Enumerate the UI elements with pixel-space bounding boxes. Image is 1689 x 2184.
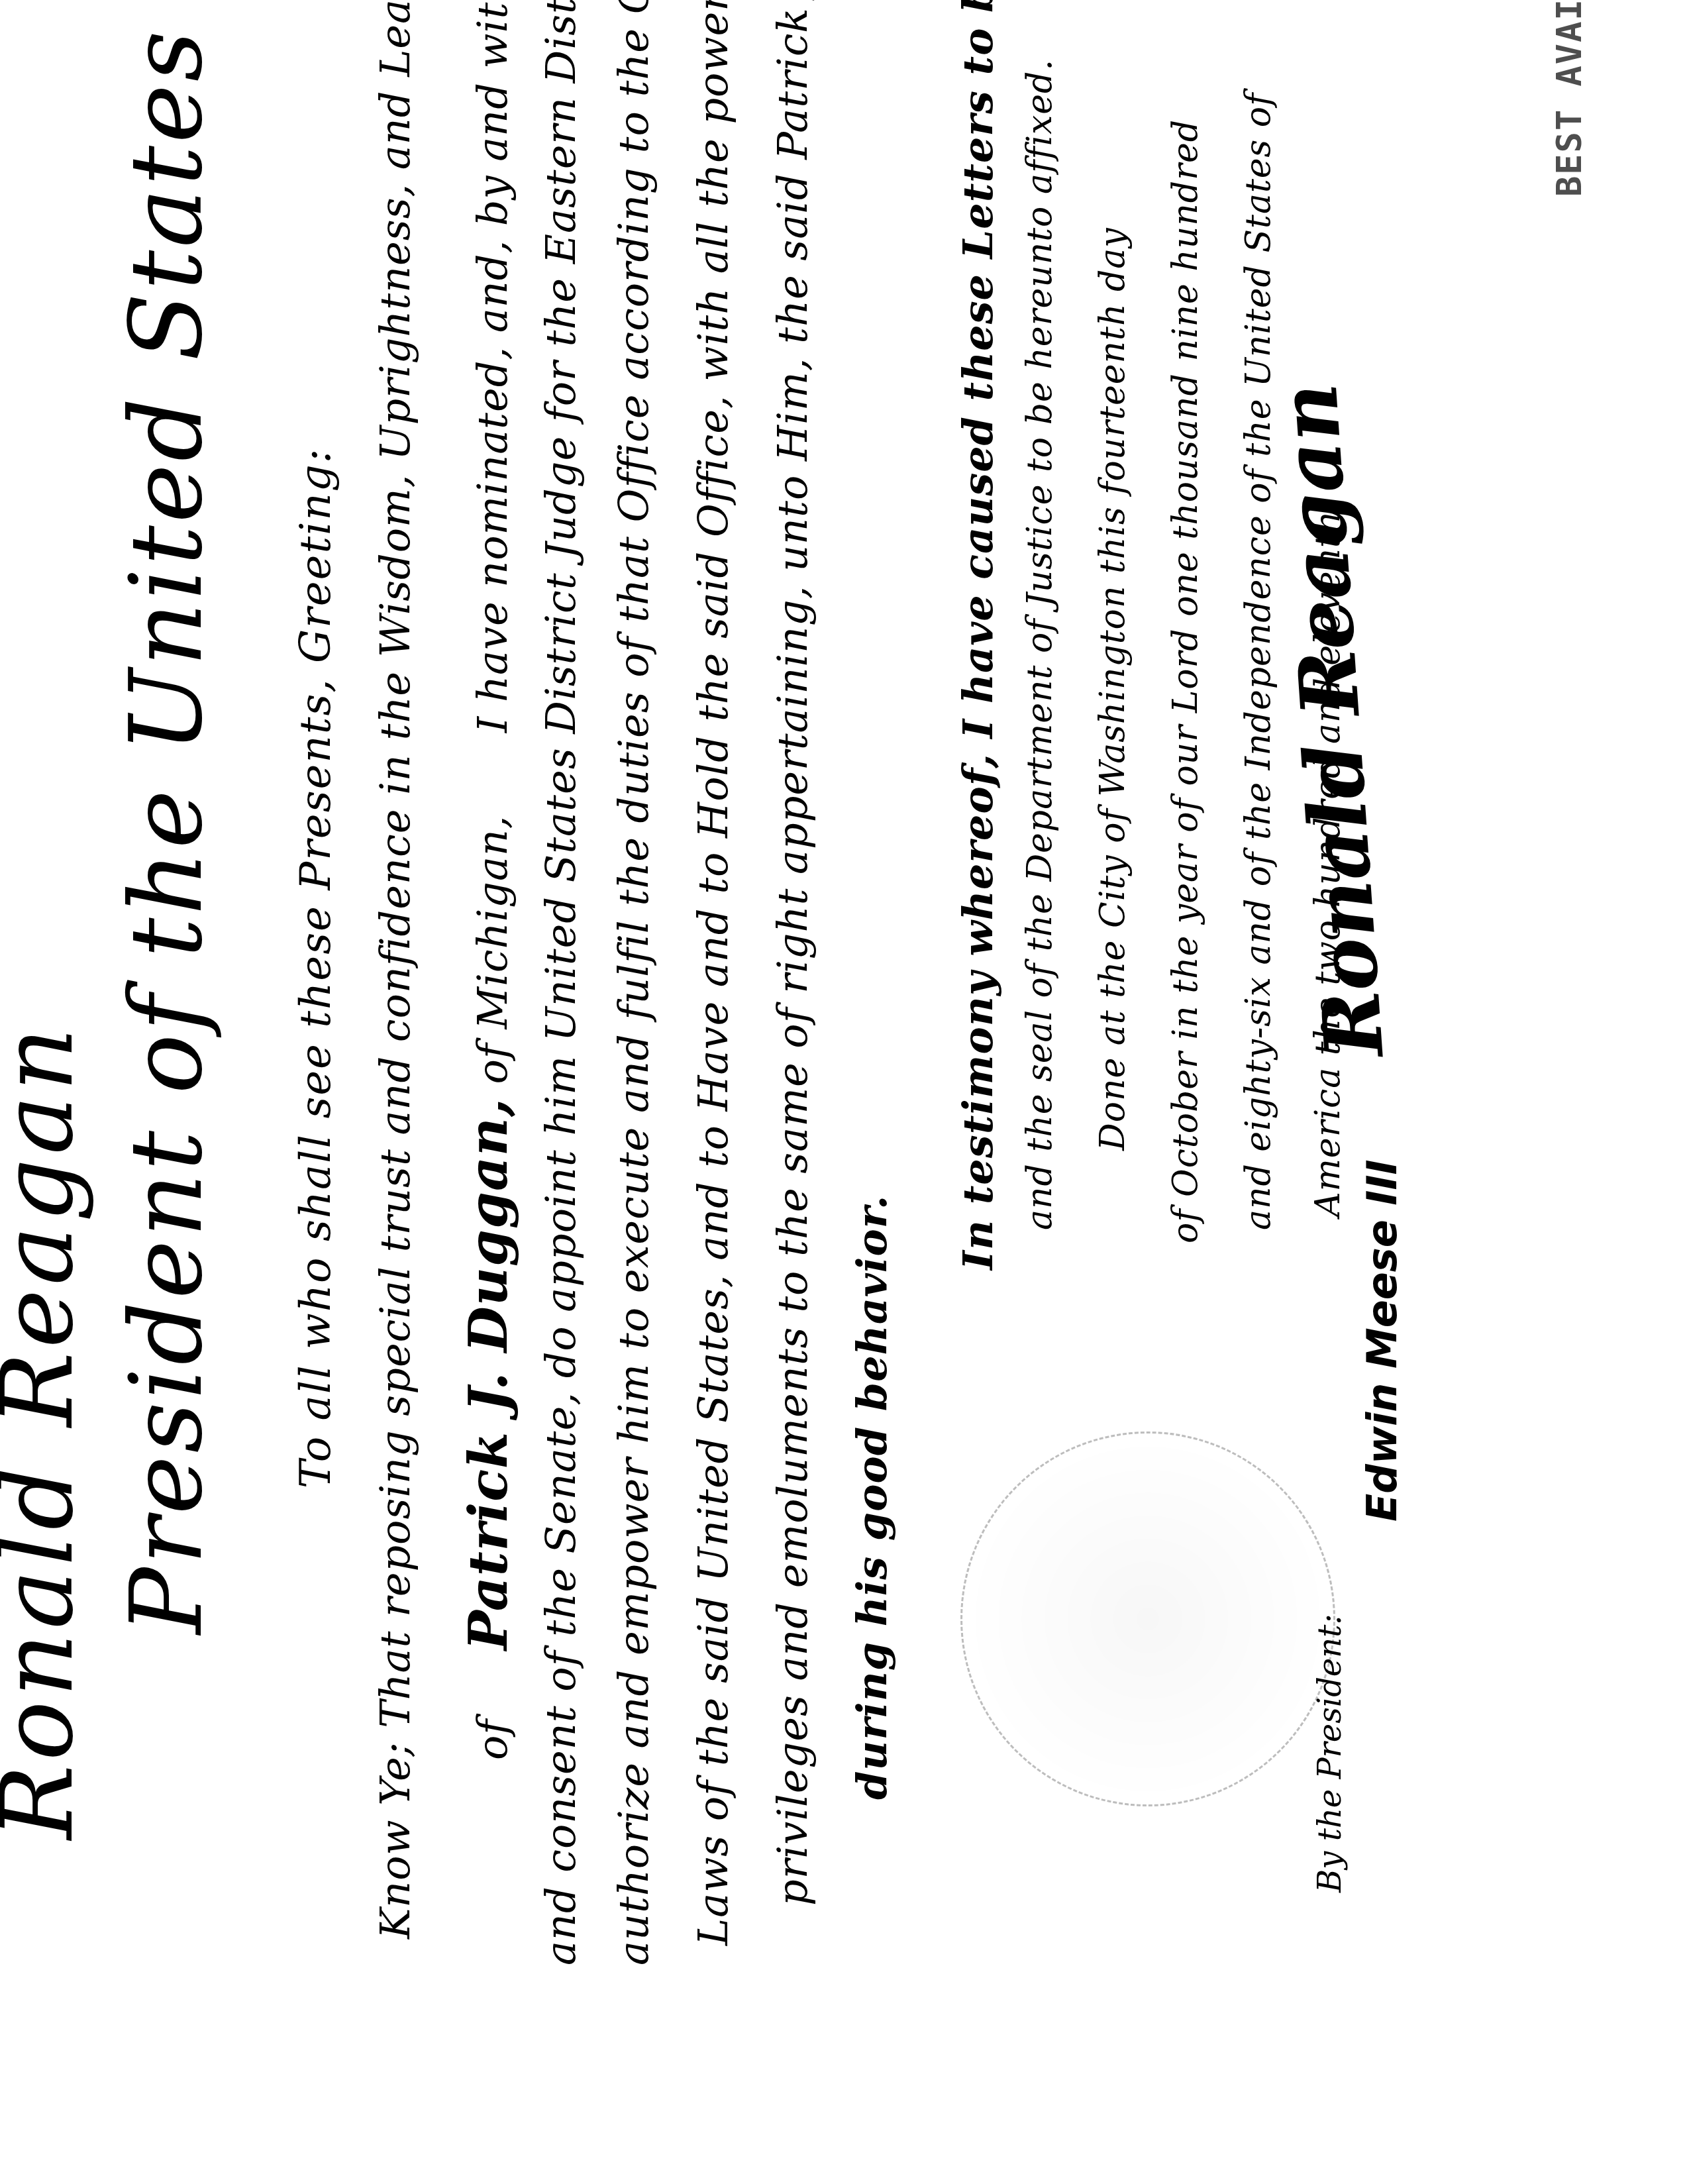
body-line-2-prefix: of bbox=[468, 1719, 517, 1760]
best-available-copy-stamp: BEST AVAILABLE COPY bbox=[1550, 0, 1590, 197]
header-title: President of the United States of Americ… bbox=[109, 0, 225, 1634]
testimony-line-1: In testimony whereof, I have caused thes… bbox=[954, 0, 1002, 1270]
commission-document: Ronald Reagan President of the United St… bbox=[0, 0, 1689, 2184]
header-president-name: Ronald Reagan bbox=[0, 1023, 95, 1840]
signature-attorney-general: Edwin Meese III bbox=[1358, 1159, 1406, 1522]
testimony-line-2: and the seal of the Department of Justic… bbox=[1020, 59, 1060, 1230]
nominee-state: of Michigan, bbox=[468, 815, 517, 1084]
nominee-name: Patrick J. Duggan, bbox=[457, 1098, 519, 1650]
greeting: To all who shall see these Presents, Gre… bbox=[291, 448, 340, 1488]
testimony-line-4: of October in the year of our Lord one t… bbox=[1166, 119, 1205, 1243]
body-line-1: Know Ye; That reposing special trust and… bbox=[371, 0, 419, 1939]
body-line-2: of Patrick J. Duggan, of Michigan, I hav… bbox=[457, 0, 519, 1760]
body-line-7: during his good behavior. bbox=[848, 1195, 896, 1800]
body-line-5: Laws of the said United States, and to H… bbox=[689, 0, 737, 1946]
body-line-4: authorize and empower him to execute and… bbox=[609, 0, 658, 1965]
testimony-line-3: Done at the City of Washington this four… bbox=[1093, 227, 1133, 1151]
body-line-2-tail: I have nominated, and, by and with the a… bbox=[468, 0, 517, 733]
signature-president: Ronald Reagan bbox=[1262, 381, 1402, 1061]
body-line-3: and consent of the Senate, do appoint hi… bbox=[537, 0, 585, 1965]
testimony-line-5: and eighty-six and of the Independence o… bbox=[1239, 93, 1278, 1230]
seal-impression bbox=[960, 1431, 1335, 1806]
by-the-president: By the President: bbox=[1311, 1614, 1349, 1893]
body-line-6: privileges and emoluments to the same of… bbox=[768, 0, 817, 1906]
